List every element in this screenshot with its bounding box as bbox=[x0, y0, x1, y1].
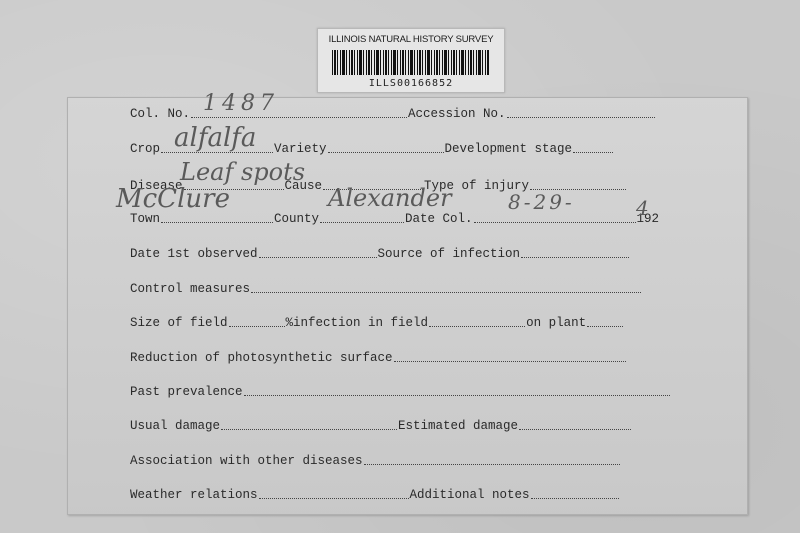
pct-infection-field[interactable] bbox=[429, 325, 525, 327]
accession-no-field[interactable] bbox=[507, 116, 655, 118]
date-col-field[interactable] bbox=[474, 221, 636, 223]
estimated-damage-field[interactable] bbox=[519, 428, 631, 430]
control-measures-field[interactable] bbox=[251, 291, 641, 293]
town-label: Town bbox=[130, 212, 160, 226]
association-other-diseases-label: Association with other diseases bbox=[130, 454, 363, 468]
row-crop: Crop Variety Development stage bbox=[130, 138, 614, 156]
year-prefix-label: 192 bbox=[637, 212, 660, 226]
row-size-of-field: Size of field %infection in field on pla… bbox=[130, 312, 624, 330]
past-prevalence-label: Past prevalence bbox=[130, 385, 243, 399]
row-date-first-observed: Date 1st observed Source of infection bbox=[130, 243, 630, 261]
variety-label: Variety bbox=[274, 142, 327, 156]
weather-relations-label: Weather relations bbox=[130, 488, 258, 502]
past-prevalence-field[interactable] bbox=[244, 394, 670, 396]
crop-label: Crop bbox=[130, 142, 160, 156]
col-no-field[interactable] bbox=[191, 116, 407, 118]
development-stage-field[interactable] bbox=[573, 151, 613, 153]
weather-relations-field[interactable] bbox=[259, 497, 409, 499]
institution-name: ILLINOIS NATURAL HISTORY SURVEY bbox=[318, 34, 504, 45]
accession-no-label: Accession No. bbox=[408, 107, 506, 121]
pct-infection-label: %infection in field bbox=[286, 316, 429, 330]
barcode-label: ILLINOIS NATURAL HISTORY SURVEY ILLS0016… bbox=[317, 28, 505, 93]
county-field[interactable] bbox=[320, 221, 404, 223]
size-of-field-field[interactable] bbox=[229, 325, 285, 327]
row-col-no: Col. No. Accession No. bbox=[130, 103, 656, 121]
usual-damage-field[interactable] bbox=[221, 428, 397, 430]
row-past-prevalence: Past prevalence bbox=[130, 381, 671, 399]
reduction-photosynthetic-label: Reduction of photosynthetic surface bbox=[130, 351, 393, 365]
row-usual-damage: Usual damage Estimated damage bbox=[130, 415, 632, 433]
disease-label: Disease bbox=[130, 179, 183, 193]
estimated-damage-label: Estimated damage bbox=[398, 419, 518, 433]
usual-damage-label: Usual damage bbox=[130, 419, 220, 433]
development-stage-label: Development stage bbox=[445, 142, 573, 156]
source-of-infection-field[interactable] bbox=[521, 256, 629, 258]
row-town: Town County Date Col. 192 bbox=[130, 208, 659, 226]
date-first-observed-field[interactable] bbox=[259, 256, 377, 258]
crop-field[interactable] bbox=[161, 151, 273, 153]
barcode-icon bbox=[332, 50, 490, 75]
control-measures-label: Control measures bbox=[130, 282, 250, 296]
additional-notes-label: Additional notes bbox=[410, 488, 530, 502]
additional-notes-field[interactable] bbox=[531, 497, 619, 499]
on-plant-label: on plant bbox=[526, 316, 586, 330]
date-first-observed-label: Date 1st observed bbox=[130, 247, 258, 261]
date-col-label: Date Col. bbox=[405, 212, 473, 226]
row-weather-relations: Weather relations Additional notes bbox=[130, 484, 620, 502]
town-field[interactable] bbox=[161, 221, 273, 223]
size-of-field-label: Size of field bbox=[130, 316, 228, 330]
row-control-measures: Control measures bbox=[130, 278, 642, 296]
disease-field[interactable] bbox=[184, 188, 284, 190]
cause-label: Cause bbox=[285, 179, 323, 193]
row-association-other-diseases: Association with other diseases bbox=[130, 450, 621, 468]
type-of-injury-field[interactable] bbox=[530, 188, 626, 190]
county-label: County bbox=[274, 212, 319, 226]
association-other-diseases-field[interactable] bbox=[364, 463, 620, 465]
cause-field[interactable] bbox=[323, 188, 423, 190]
row-disease: Disease Cause Type of injury bbox=[130, 175, 627, 193]
source-of-infection-label: Source of infection bbox=[378, 247, 521, 261]
on-plant-field[interactable] bbox=[587, 325, 623, 327]
barcode-number: ILLS00166852 bbox=[318, 78, 504, 89]
reduction-photosynthetic-field[interactable] bbox=[394, 360, 626, 362]
type-of-injury-label: Type of injury bbox=[424, 179, 529, 193]
variety-field[interactable] bbox=[328, 151, 444, 153]
plant-disease-record-card: Col. No. Accession No. 1487 Crop Variety… bbox=[67, 97, 748, 515]
col-no-label: Col. No. bbox=[130, 107, 190, 121]
row-reduction-photosynthetic: Reduction of photosynthetic surface bbox=[130, 347, 627, 365]
